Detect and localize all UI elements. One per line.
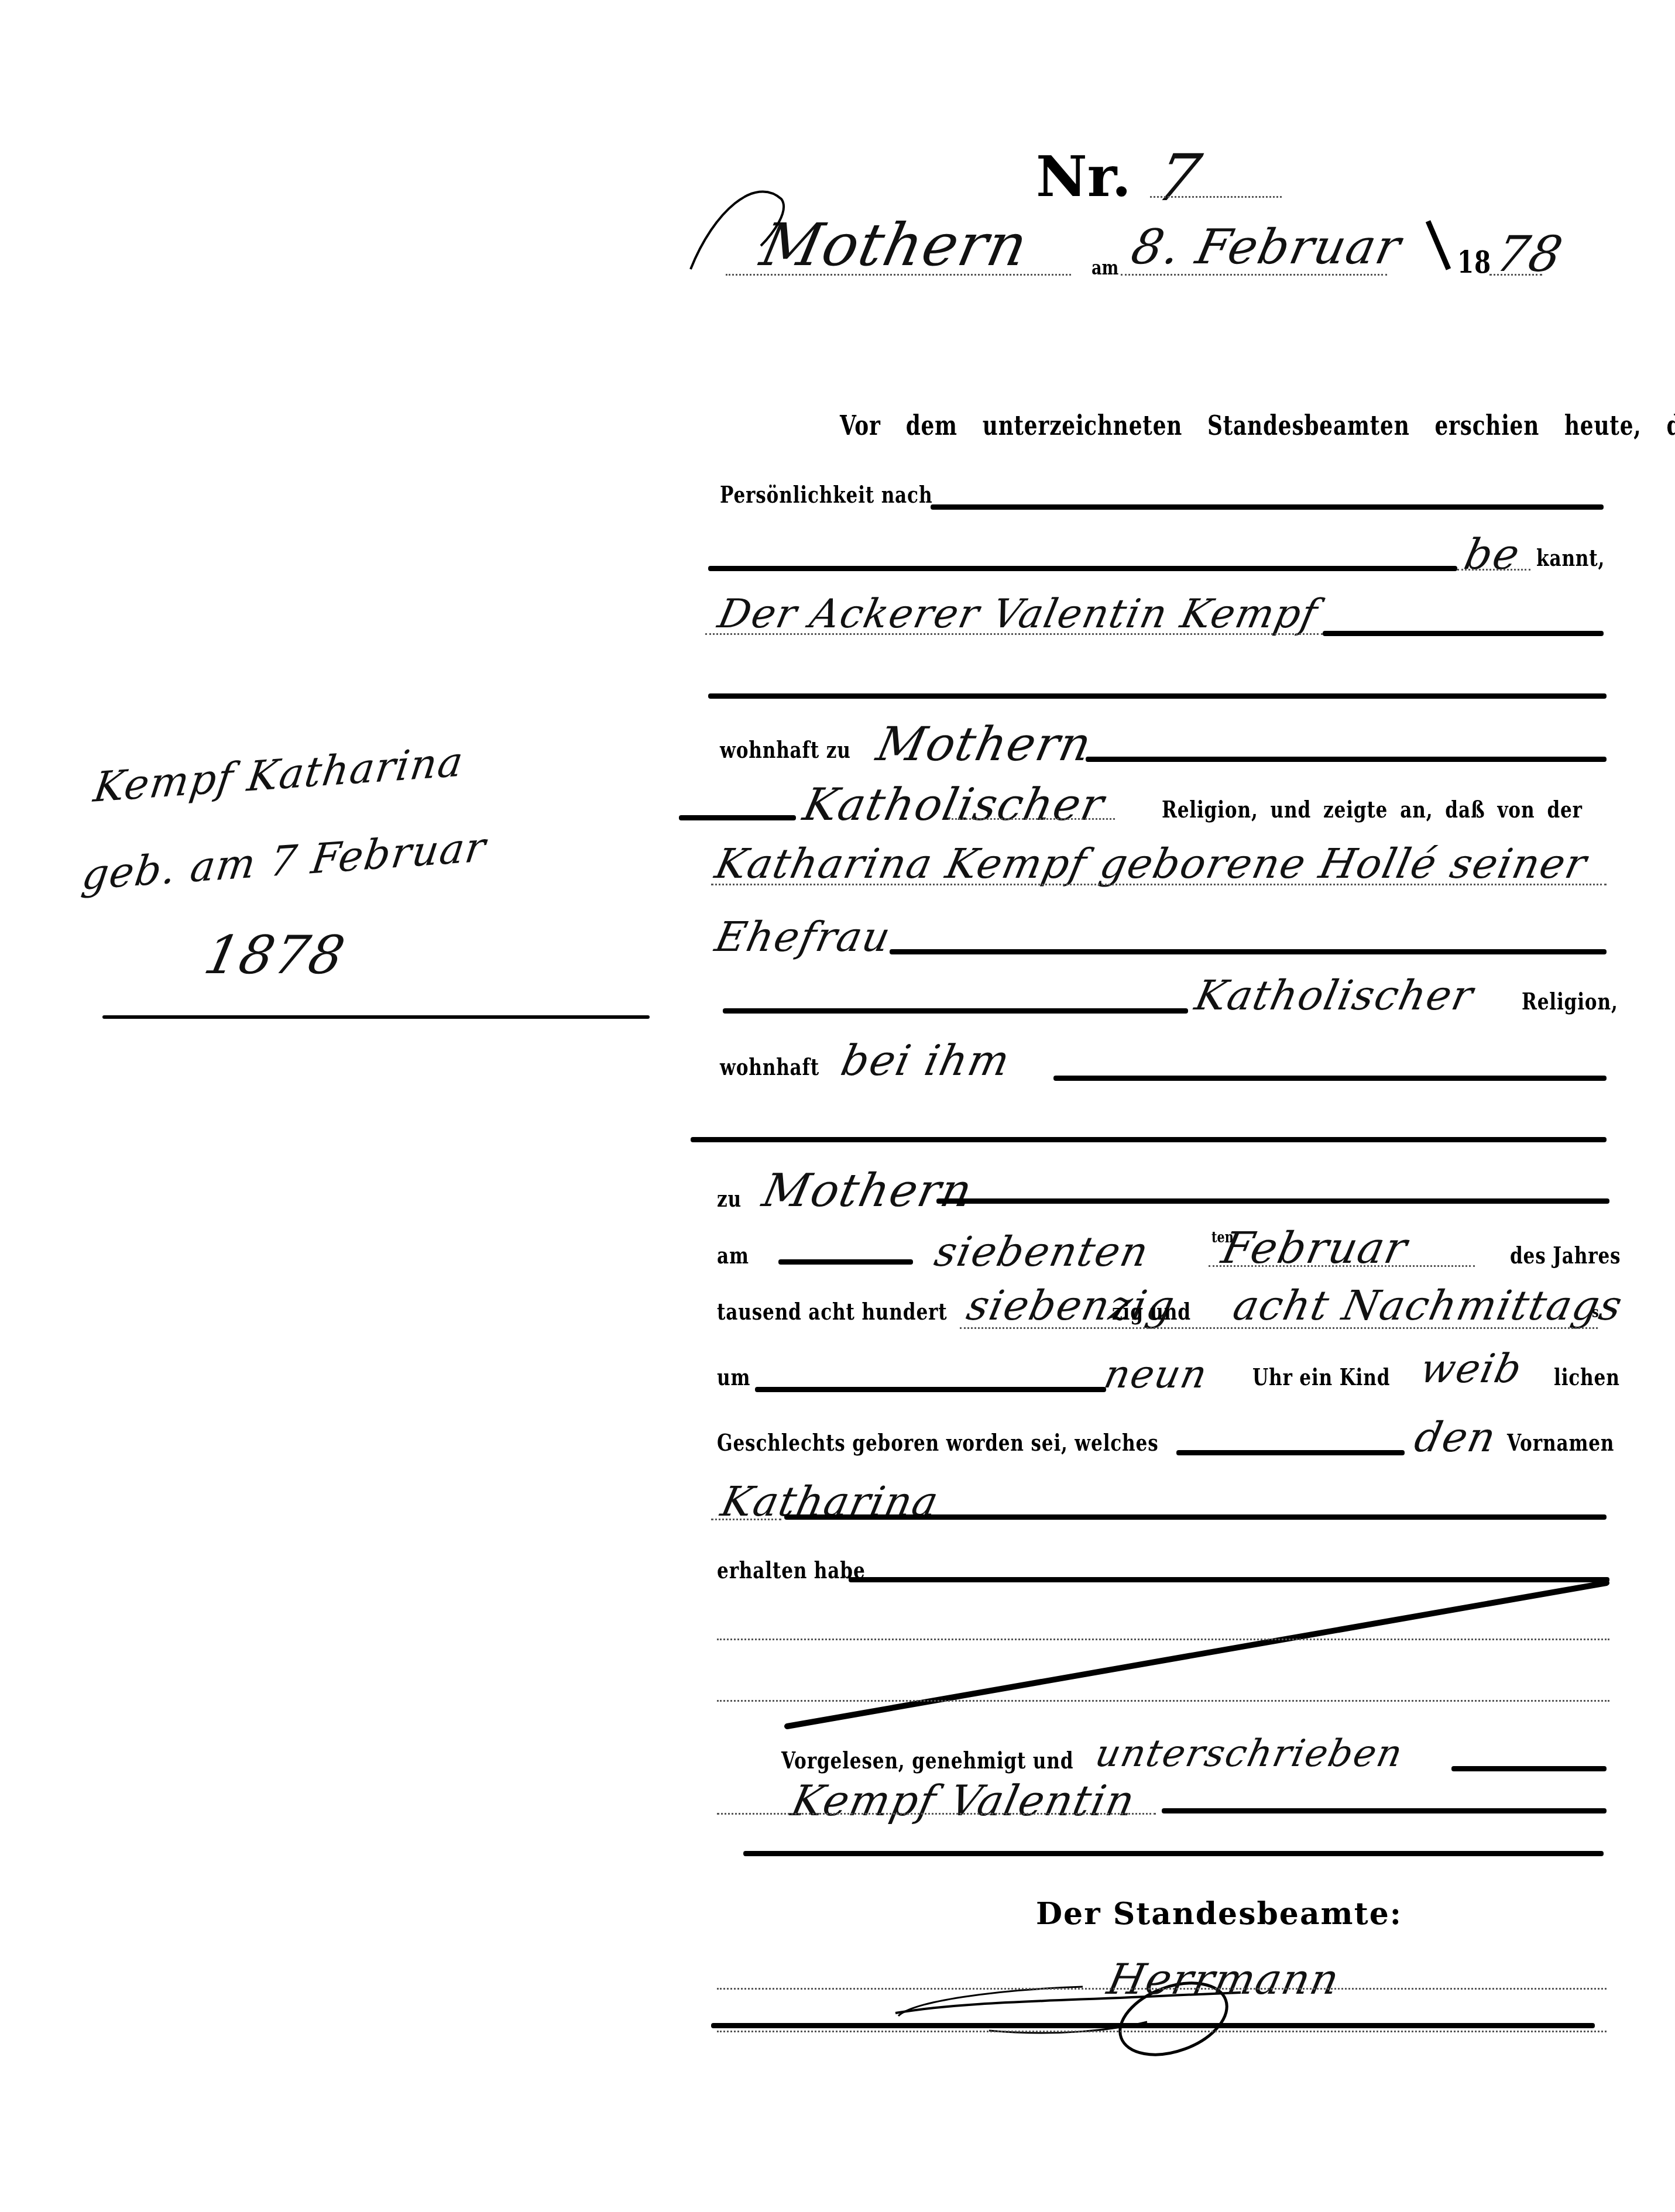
- persoenlichkeit-label: Persönlichkeit nach: [720, 481, 932, 509]
- place-of-birth: Mothern: [758, 1165, 977, 1217]
- wohnhaft-label: wohnhaft: [720, 1053, 819, 1081]
- bekannt-dotted-line: [1457, 569, 1530, 571]
- sex-written: weib: [1416, 1346, 1527, 1392]
- informant-religion-line: [679, 815, 796, 820]
- margin-note-line3: 1878: [199, 925, 351, 986]
- year-dotted-line: [960, 1327, 1598, 1329]
- mother-dotted-line: [711, 884, 1607, 885]
- uhr-label: Uhr ein Kind: [1252, 1363, 1390, 1391]
- bekannt-field-line: [708, 566, 1457, 571]
- tausend-label: tausend acht hundert: [717, 1298, 947, 1325]
- geschlechts-label: Geschlechts geboren worden sei, welches: [717, 1429, 1158, 1457]
- vorgelesen-line: [1451, 1766, 1607, 1771]
- informant-signature-line: [1162, 1808, 1607, 1813]
- zu-label: zu: [717, 1185, 742, 1213]
- informant-signature-dotted-line: [717, 1813, 1156, 1815]
- blank-line-2: [691, 1137, 1607, 1142]
- place-of-birth-line: [936, 1198, 1609, 1204]
- blank-line-1: [708, 693, 1607, 699]
- signed-written: unterschrieben: [1092, 1732, 1407, 1775]
- lichen-label: lichen: [1554, 1363, 1620, 1391]
- persoenlichkeit-field-line: [931, 504, 1604, 510]
- wohnhaft-zu-label: wohnhaft zu: [720, 736, 851, 764]
- mother-name: Katharina Kempf geborene Hollé seiner: [711, 840, 1592, 888]
- informant-name: Der Ackerer Valentin Kempf: [714, 591, 1322, 637]
- mother-relation-line: [890, 949, 1607, 954]
- informant-residence-line: [1086, 757, 1607, 762]
- mother-religion-line: [723, 1008, 1188, 1014]
- erhalten-label: erhalten habe: [717, 1557, 866, 1584]
- word: unterzeichneten: [983, 410, 1182, 441]
- mother-residence: bei ihm: [837, 1036, 1015, 1085]
- blank-dotted-line-1: [717, 1639, 1609, 1640]
- informant-residence: Mothern: [872, 717, 1097, 771]
- word: der: [1666, 410, 1675, 441]
- registrar-signature: Herrmann: [1103, 1955, 1344, 2004]
- form-intro-text: Vor dem unterzeichneten Standesbeamten e…: [840, 410, 1675, 441]
- hour-written: neun: [1100, 1352, 1212, 1397]
- vorgelesen-label: Vorgelesen, genehmigt und: [781, 1747, 1073, 1774]
- handwriting-flourishes: [0, 0, 1675, 2212]
- bekannt-printed: kannt,: [1536, 544, 1605, 572]
- word: dem: [906, 410, 957, 441]
- mother-religion: Katholischer: [1191, 971, 1478, 1019]
- word: Standesbeamten: [1207, 410, 1409, 441]
- word: erschien: [1434, 410, 1539, 441]
- registrar-label: Der Standesbeamte:: [1036, 1896, 1402, 1932]
- mother-relation: Ehefrau: [711, 913, 895, 961]
- mother-residence-line: [1053, 1076, 1607, 1081]
- religion-label: Religion,: [1522, 988, 1618, 1015]
- day-line: [778, 1259, 913, 1265]
- child-name-line: [784, 1514, 1607, 1520]
- den-written: den: [1410, 1413, 1501, 1461]
- religion-text: Religion, und zeigte an, daß von der: [1162, 796, 1583, 823]
- word: Vor: [840, 410, 881, 441]
- um-label: um: [717, 1363, 750, 1391]
- informant-dotted-line: [705, 633, 1323, 635]
- bekannt-written: be: [1460, 530, 1525, 579]
- zig-und-label: zig und: [1112, 1298, 1191, 1325]
- margin-note-rule: [102, 1015, 650, 1019]
- informant-signature: Kempf Valentin: [787, 1776, 1140, 1825]
- informant-field-line: [1323, 631, 1604, 636]
- registrar-dotted-line-2: [717, 2031, 1607, 2032]
- den-line: [1176, 1450, 1405, 1455]
- registrar-line: [711, 2023, 1595, 2028]
- child-name-dotted-line: [711, 1519, 781, 1520]
- blank-dotted-line-2: [717, 1700, 1609, 1702]
- informant-religion: Katholischer: [799, 778, 1110, 830]
- vornamen-label: Vornamen: [1507, 1429, 1614, 1457]
- unit-written: acht Nachmittags: [1229, 1282, 1628, 1330]
- word: heute,: [1564, 410, 1642, 441]
- des-jahres-label: des Jahres: [1510, 1242, 1621, 1269]
- registrar-dotted-line: [717, 1988, 1607, 1990]
- day-written: siebenten: [931, 1228, 1154, 1276]
- am-label: am: [717, 1242, 749, 1269]
- hour-line: [755, 1387, 1106, 1392]
- signature-separator-line: [743, 1851, 1604, 1856]
- month-dotted-line: [1209, 1265, 1475, 1267]
- erhalten-line: [849, 1577, 1609, 1582]
- s-suffix: s: [1592, 1304, 1599, 1321]
- religion-dotted-line: [948, 818, 1115, 820]
